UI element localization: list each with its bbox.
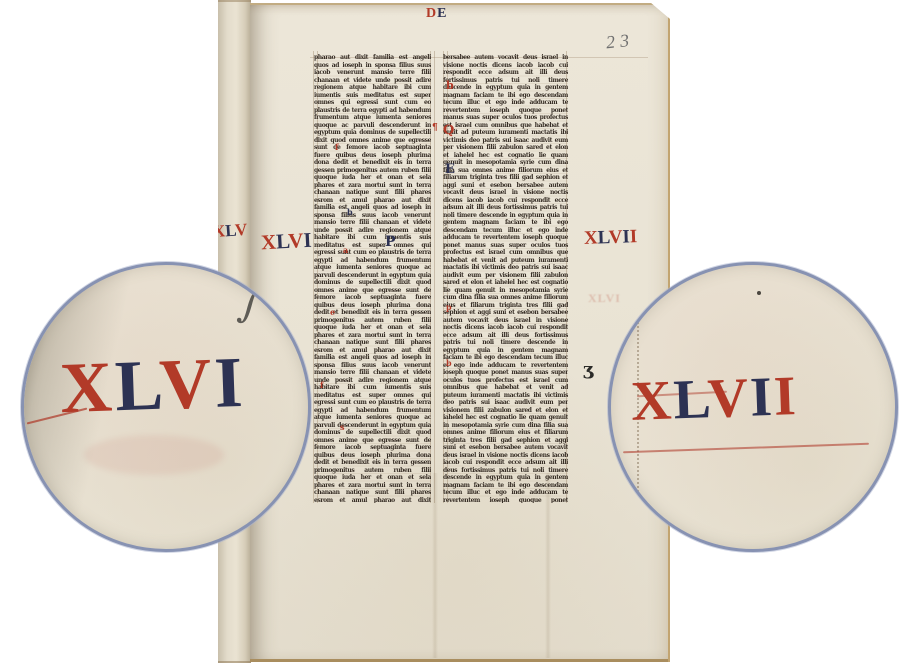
decorated-initial: ¶ xyxy=(432,124,438,133)
decorated-initial: a xyxy=(343,246,348,254)
folio-number: 23 xyxy=(605,30,635,54)
manuscript-photo: XLV DE 23 pharao aut dixit familia est a… xyxy=(0,0,900,671)
text-column-left: pharao aut dixit familia est angeli quos… xyxy=(314,54,431,503)
decorated-initial: b xyxy=(446,359,452,367)
decorated-initial: Q xyxy=(443,124,454,137)
magnified-chapter-number-xlvi: XLVI xyxy=(59,346,247,424)
decorated-initial: b xyxy=(347,208,353,216)
magnifier-left-circle: ∫ XLVI xyxy=(21,262,311,552)
ruling-line xyxy=(434,51,435,503)
magnified-chapter-number-xlvii: XLVII xyxy=(630,368,799,430)
red-pen-flourish xyxy=(623,443,869,454)
chapter-number-xlvii: XLVII xyxy=(584,226,638,250)
ink-speck xyxy=(757,291,761,295)
decorated-initial: e xyxy=(330,308,335,316)
chapter-number-xlvi: XLVI xyxy=(260,228,312,256)
parchment-crease xyxy=(432,473,438,658)
running-header: DE xyxy=(426,6,447,22)
manuscript-page: DE 23 pharao aut dixit familia est angel… xyxy=(250,3,670,662)
decorated-initial: E xyxy=(445,163,455,176)
decorated-initial: b xyxy=(446,80,454,91)
decorated-initial: p xyxy=(446,303,452,311)
decorated-initial: f xyxy=(335,143,338,151)
ink-bleed-through: XLVI xyxy=(588,291,621,306)
decorated-initial: P xyxy=(385,235,396,249)
chapter-number-xlv-fragment: XLV xyxy=(218,220,248,242)
decorated-initial: f xyxy=(320,381,323,389)
ink-smudge xyxy=(84,435,224,475)
decorated-initial: ʒ xyxy=(583,361,593,379)
text-column-right: bersabee autem vocavit deus israel in vi… xyxy=(443,54,568,503)
decorated-initial: s xyxy=(340,423,345,431)
magnifier-right-circle: XLVII xyxy=(608,262,898,552)
